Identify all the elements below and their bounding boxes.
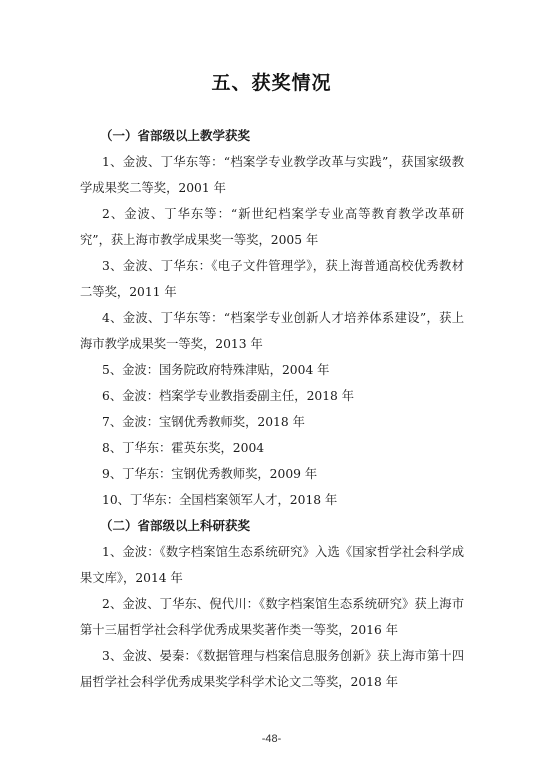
list-item: 4、金波、丁华东等：“档案学专业创新人才培养体系建设”，获上海市教学成果奖一等奖… bbox=[80, 305, 464, 357]
list-item: 10、丁华东：全国档案领军人才，2018 年 bbox=[80, 487, 464, 513]
document-body: （一）省部级以上教学获奖 1、金波、丁华东等：“档案学专业教学改革与实践”，获国… bbox=[80, 123, 464, 695]
list-item: 5、金波：国务院政府特殊津贴，2004 年 bbox=[80, 357, 464, 383]
list-item: 3、金波、晏秦：《数据管理与档案信息服务创新》获上海市第十四届哲学社会科学优秀成… bbox=[80, 643, 464, 695]
document-page: 五、获奖情况 （一）省部级以上教学获奖 1、金波、丁华东等：“档案学专业教学改革… bbox=[0, 0, 543, 768]
list-item: 8、丁华东：霍英东奖，2004 bbox=[80, 435, 464, 461]
section-heading-teaching-awards: （一）省部级以上教学获奖 bbox=[80, 123, 464, 149]
list-item: 3、金波、丁华东：《电子文件管理学》，获上海普通高校优秀教材二等奖，2011 年 bbox=[80, 253, 464, 305]
list-item: 7、金波：宝钢优秀教师奖，2018 年 bbox=[80, 409, 464, 435]
list-item: 6、金波：档案学专业教指委副主任，2018 年 bbox=[80, 383, 464, 409]
list-item: 1、金波、丁华东等：“档案学专业教学改革与实践”，获国家级教学成果奖二等奖，20… bbox=[80, 149, 464, 201]
list-item: 1、金波：《数字档案馆生态系统研究》入选《国家哲学社会科学成果文库》，2014 … bbox=[80, 539, 464, 591]
page-title: 五、获奖情况 bbox=[0, 68, 543, 95]
section-heading-research-awards: （二）省部级以上科研获奖 bbox=[80, 513, 464, 539]
list-item: 2、金波、丁华东等：“新世纪档案学专业高等教育教学改革研究”，获上海市教学成果奖… bbox=[80, 201, 464, 253]
page-number: -48- bbox=[0, 733, 543, 745]
list-item: 9、丁华东：宝钢优秀教师奖，2009 年 bbox=[80, 461, 464, 487]
list-item: 2、金波、丁华东、倪代川：《数字档案馆生态系统研究》获上海市第十三届哲学社会科学… bbox=[80, 591, 464, 643]
